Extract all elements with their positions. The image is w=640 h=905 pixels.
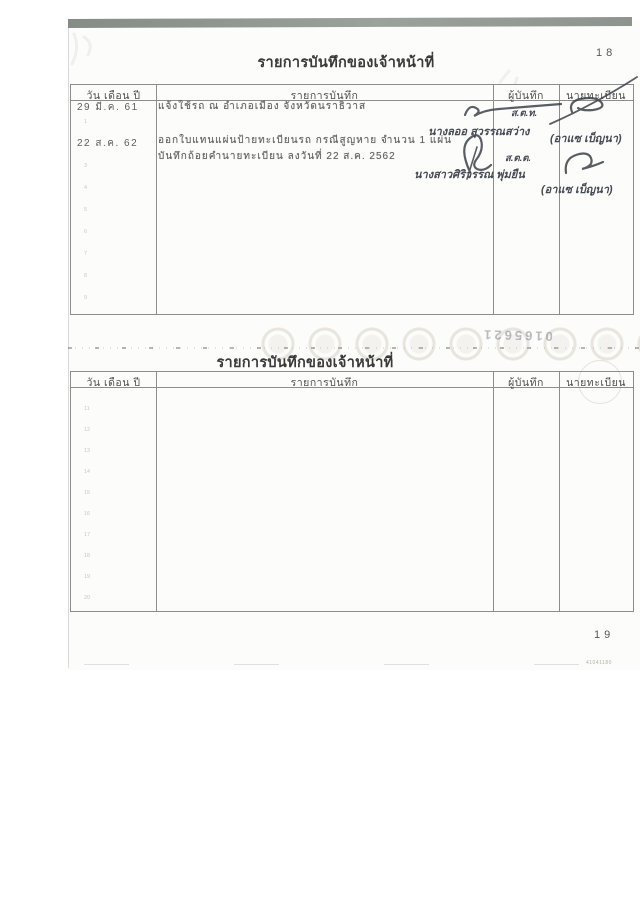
officer-records-table-1: วัน เดือน ปี รายการบันทึก ผู้บันทึก นายท… (70, 84, 634, 315)
row1-date: 29 มี.ค. 61 (77, 100, 139, 115)
row2-recorder-name: นางสาวศิริวรรณ พุ่มยืน (414, 165, 525, 183)
table2-col-divider-3 (559, 372, 560, 611)
row-number-mark: 16 (84, 511, 90, 517)
row1-registrar-name: (อาแซ เบ็ญนา) (550, 129, 622, 147)
table2-col-divider-2 (493, 372, 494, 611)
table1-header-recorder: ผู้บันทึก (493, 87, 559, 104)
table1-col-divider-1 (156, 85, 157, 314)
row-number-mark: 12 (84, 427, 90, 433)
row-number-mark: 14 (84, 469, 90, 475)
form-print-code: 41041180 (586, 660, 612, 666)
row-number-mark: 7 (84, 251, 87, 257)
row1-record: แจ้งใช้รถ ณ อำเภอเมือง จังหวัดนราธิวาส (158, 99, 366, 114)
page-number-top: 18 (596, 47, 616, 59)
row2-registrar-name: (อาแซ เบ็ญนา) (541, 180, 613, 198)
row2-record-line2: บันทึกถ้อยคำนายทะเบียน ลงวันที่ 22 ส.ค. … (158, 149, 396, 164)
table2-col-divider-1 (156, 372, 157, 611)
row-number-mark: 19 (84, 574, 90, 580)
row-number-mark: 9 (84, 295, 87, 301)
row-number-mark: 18 (84, 553, 90, 559)
row-number-mark: 1 (84, 119, 87, 125)
page-bottom-edge (84, 664, 632, 665)
table1-col-divider-2 (493, 85, 494, 314)
scanned-document: { "document": { "page_number_top": "18",… (0, 0, 640, 905)
table2-header-date: วัน เดือน ปี (71, 374, 156, 391)
page-number-bottom: 19 (594, 629, 614, 641)
officer-records-table-2: วัน เดือน ปี รายการบันทึก ผู้บันทึก นายท… (70, 371, 634, 612)
row2-recorder-rank: ส.ต.ต. (505, 151, 531, 166)
row-number-mark: 17 (84, 532, 90, 538)
row-number-mark: 4 (84, 185, 87, 191)
row-number-mark: 20 (84, 595, 90, 601)
table2-header-record: รายการบันทึก (156, 374, 493, 391)
row2-record-line1: ออกใบแทนแผ่นป้ายทะเบียนรถ กรณีสูญหาย จำน… (158, 133, 452, 148)
row-number-mark: 6 (84, 229, 87, 235)
row-number-mark: 11 (84, 406, 90, 412)
row-number-mark: 2 (84, 141, 87, 147)
row-number-mark: 15 (84, 490, 90, 496)
table2-header-recorder: ผู้บันทึก (493, 374, 559, 391)
row1-recorder-rank: ส.ต.ท. (511, 106, 537, 121)
table1-header-registrar: นายทะเบียน (559, 87, 633, 104)
section1-title: รายการบันทึกของเจ้าหน้าที่ (70, 51, 622, 74)
row-number-mark: 3 (84, 163, 87, 169)
serial-number-watermark: 0165621 (462, 327, 572, 345)
row-number-mark: 5 (84, 207, 87, 213)
row-number-mark: 8 (84, 273, 87, 279)
row-number-mark: 13 (84, 448, 90, 454)
table1-col-divider-3 (559, 85, 560, 314)
table2-header-registrar: นายทะเบียน (559, 374, 633, 391)
